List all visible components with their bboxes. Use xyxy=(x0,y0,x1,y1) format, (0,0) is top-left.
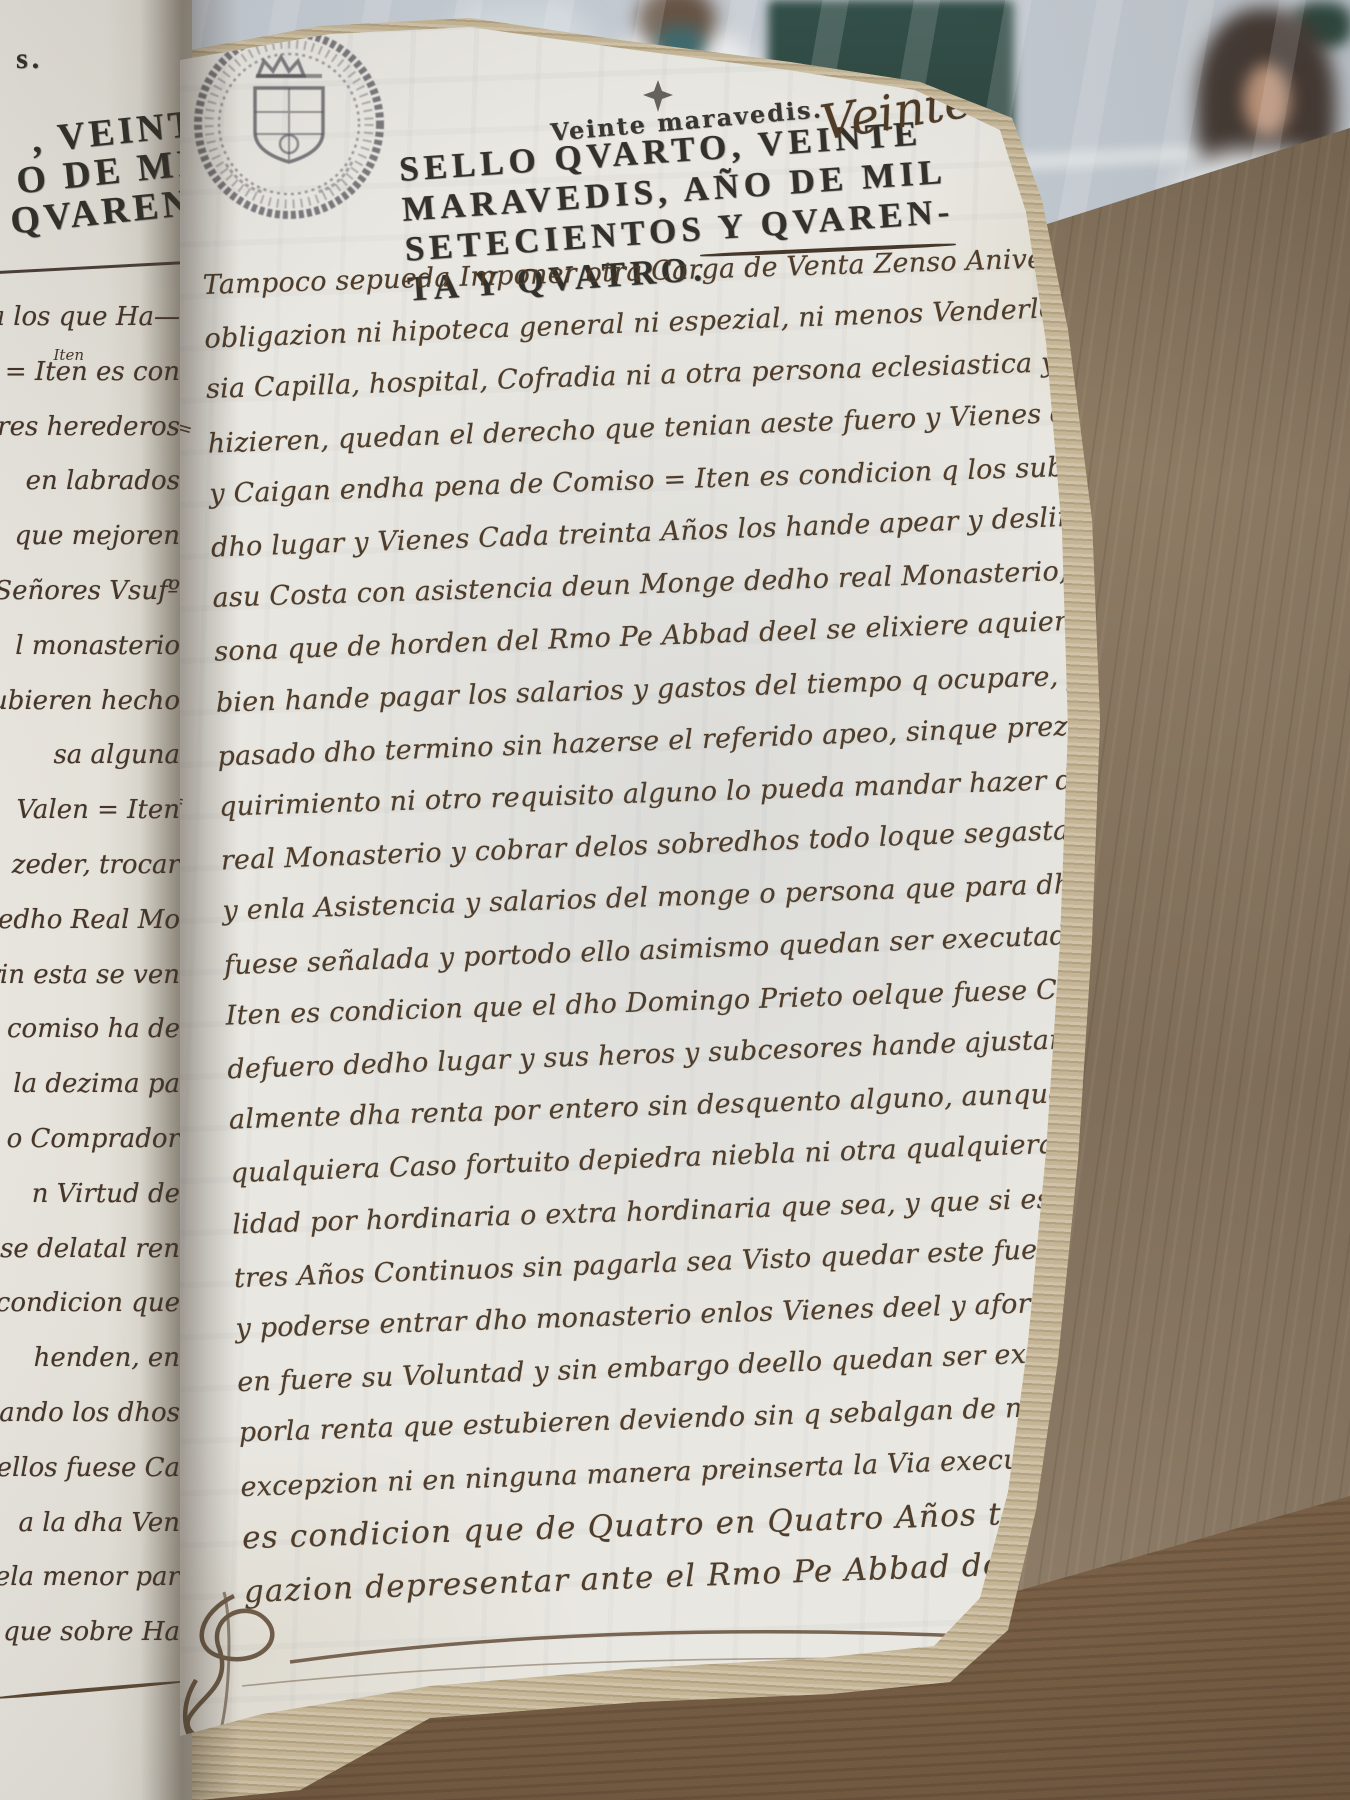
left-page-line: que sobre Ha xyxy=(0,1605,180,1660)
left-page-line: Valen = Iten xyxy=(0,783,180,838)
royal-coat-of-arms-stamp-icon xyxy=(192,24,388,226)
left-printed-fragment: s. xyxy=(16,42,43,76)
left-page-line: d = Iten es con xyxy=(0,345,180,400)
left-page-line-endings: a los que Ha—d = Iten es conores hereder… xyxy=(0,290,180,1660)
left-page-line: la dezima pa xyxy=(0,1057,180,1112)
left-page-rule xyxy=(0,261,192,274)
left-page-line: a los que Ha— xyxy=(0,290,180,345)
left-page: s. , VEINT O DE MI QVAREN Iten a los que… xyxy=(0,0,192,1800)
left-page-line: se delatal ren xyxy=(0,1222,180,1277)
left-page-line: henden, en xyxy=(0,1331,180,1386)
left-page-line: comiso ha de xyxy=(0,1002,180,1057)
left-page-line: a o Comprador xyxy=(0,1112,180,1167)
left-page-line: condicion que xyxy=(0,1276,180,1331)
left-page-line: ores herederos xyxy=(0,400,180,455)
left-page-line: dela menor par xyxy=(0,1550,180,1605)
left-page-line: dedho Real Mo xyxy=(0,893,180,948)
manuscript-text-block: Tampoco sepueda Imponer otra Carga de Ve… xyxy=(202,235,1054,1617)
left-page-line: en labrados xyxy=(0,454,180,509)
left-page-line: rin esta se ven xyxy=(0,948,180,1003)
left-page-line: zeder, trocar xyxy=(0,838,180,893)
left-page-line: tubieren hecho xyxy=(0,674,180,729)
left-page-line: a la dha Ven xyxy=(0,1496,180,1551)
left-page-line: es Señores Vsufº xyxy=(0,564,180,619)
left-page-line: n Virtud de xyxy=(0,1167,180,1222)
archive-photo: s. , VEINT O DE MI QVAREN Iten a los que… xyxy=(0,0,1350,1800)
left-page-bottom-rule xyxy=(0,1679,188,1700)
left-page-line: tando los dhos xyxy=(0,1386,180,1441)
left-page-line: ellos fuese Ca xyxy=(0,1441,180,1496)
left-page-line: que mejoren xyxy=(0,509,180,564)
left-page-line: sa alguna xyxy=(0,728,180,783)
left-page-line: l monasterio xyxy=(0,619,180,674)
